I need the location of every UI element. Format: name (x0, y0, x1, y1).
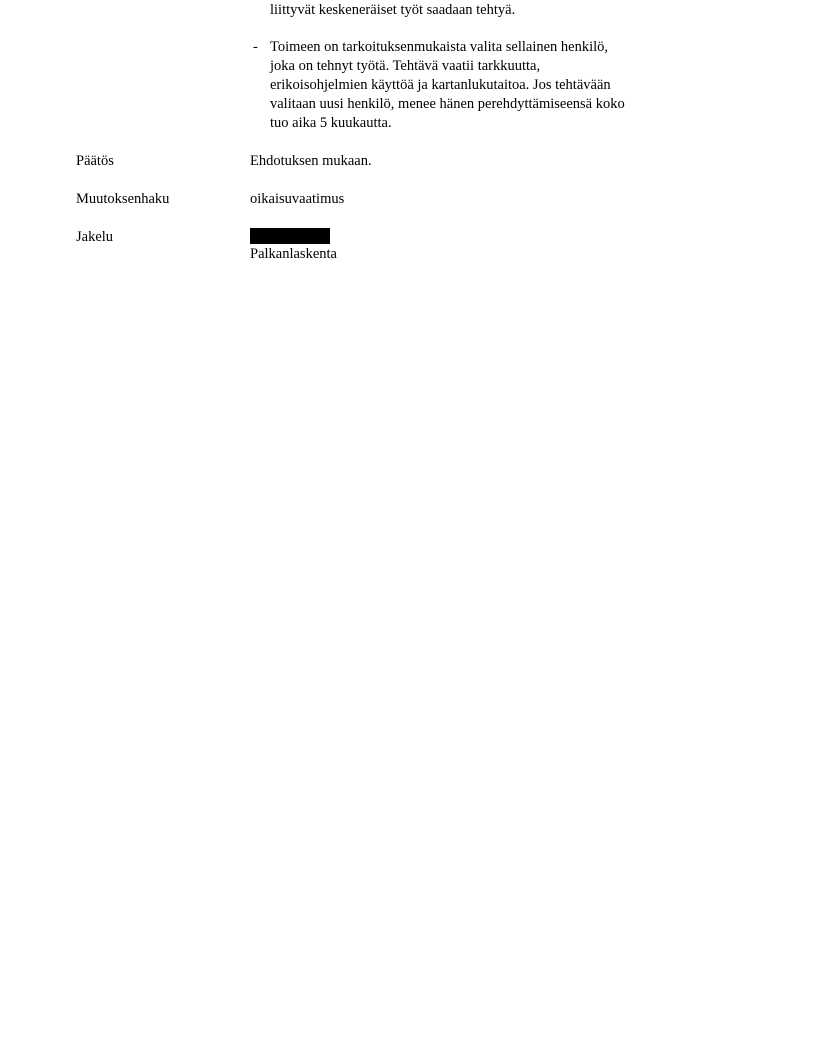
appeal-value: oikaisuvaatimus (250, 190, 344, 209)
bullet-line: joka on tehnyt työtä. Tehtävä vaatii tar… (270, 57, 670, 76)
redaction-block (250, 228, 330, 244)
bullet-line: valitaan uusi henkilö, menee hänen pereh… (270, 95, 670, 114)
bullet-line: erikoisohjelmien käyttöä ja kartanlukuta… (270, 76, 670, 95)
bullet-text: Toimeen on tarkoituksenmukaista valita s… (270, 38, 670, 133)
bullet-line: tuo aika 5 kuukautta. (270, 114, 670, 133)
decision-label: Päätös (76, 152, 114, 171)
distribution-value: Palkanlaskenta (250, 228, 337, 264)
decision-value: Ehdotuksen mukaan. (250, 152, 372, 171)
document-page: liittyvät keskeneräiset työt saadaan teh… (0, 0, 816, 1056)
bullet-line: Toimeen on tarkoituksenmukaista valita s… (270, 38, 670, 57)
appeal-label: Muutoksenhaku (76, 190, 169, 209)
distribution-label: Jakelu (76, 228, 113, 247)
distribution-item: Palkanlaskenta (250, 245, 337, 264)
continuation-text: liittyvät keskeneräiset työt saadaan teh… (270, 1, 515, 20)
bullet-dash-marker: - (253, 38, 258, 57)
